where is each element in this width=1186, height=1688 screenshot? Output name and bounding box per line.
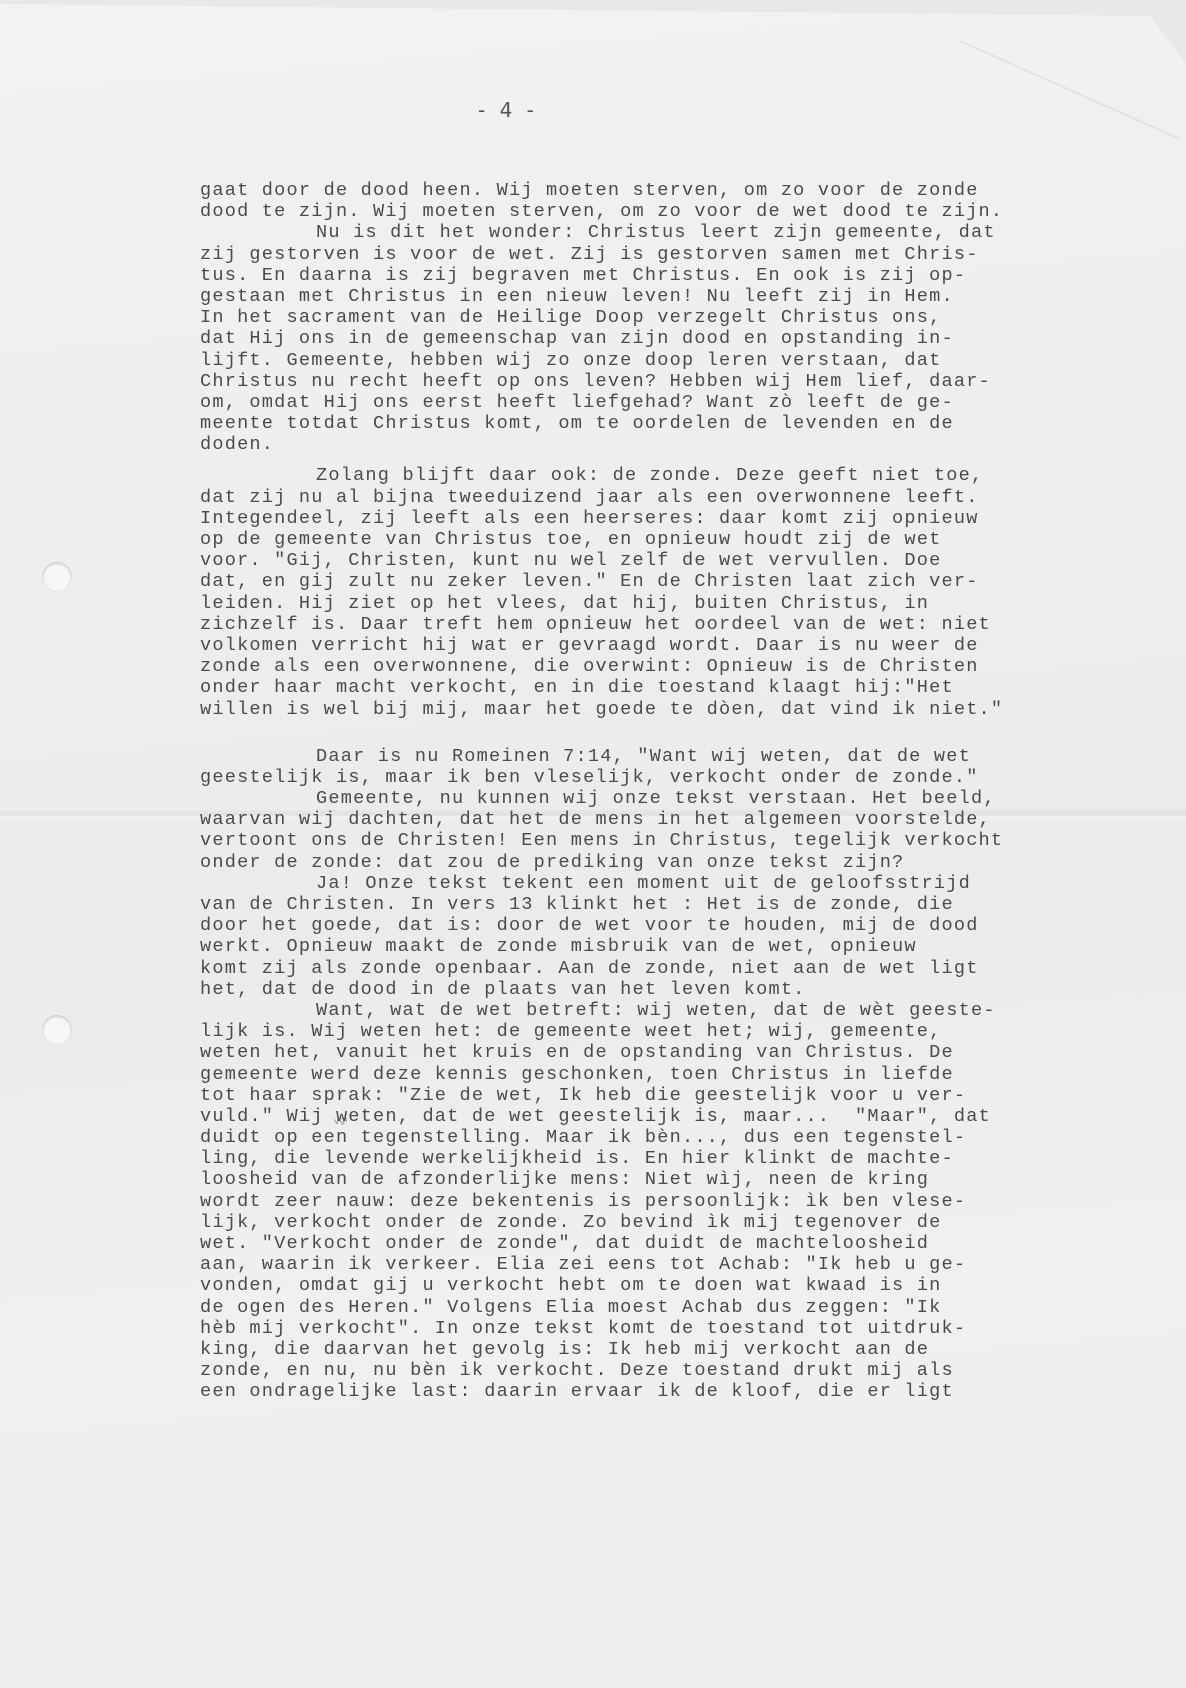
- document-body: gaat door de dood heen. Wij moeten sterv…: [200, 180, 1160, 1403]
- text-line: Want, wat de wet betreft: wij weten, dat…: [200, 1000, 1160, 1021]
- text-line: tus. En daarna is zij begraven met Chris…: [200, 265, 1160, 286]
- text-line: lijft. Gemeente, hebben wij zo onze doop…: [200, 350, 1160, 371]
- text-line: de ogen des Heren." Volgens Elia moest A…: [200, 1297, 1160, 1318]
- text-line: dat, en gij zult nu zeker leven." En de …: [200, 571, 1160, 592]
- text-line: Zolang blijft daar ook: de zonde. Deze g…: [200, 465, 1160, 486]
- text-line: onder de zonde: dat zou de prediking van…: [200, 852, 1160, 873]
- text-line: Ja! Onze tekst tekent een moment uit de …: [200, 873, 1160, 894]
- text-line: zij gestorven is voor de wet. Zij is ges…: [200, 244, 1160, 265]
- text-line: door het goede, dat is: door de wet voor…: [200, 915, 1160, 936]
- paragraph-5: Gemeente, nu kunnen wij onze tekst verst…: [200, 788, 1160, 873]
- text-line: aan, waarin ik verkeer. Elia zei eens to…: [200, 1254, 1160, 1275]
- text-line: volkomen verricht hij wat er gevraagd wo…: [200, 635, 1160, 656]
- paragraph-4: Daar is nu Romeinen 7:14, "Want wij wete…: [200, 746, 1160, 788]
- text-line: lijk is. Wij weten het: de gemeente weet…: [200, 1021, 1160, 1042]
- text-line: gestaan met Christus in een nieuw leven!…: [200, 286, 1160, 307]
- text-line: van de Christen. In vers 13 klinkt het :…: [200, 894, 1160, 915]
- text-line: waarvan wij dachten, dat het de mens in …: [200, 809, 1160, 830]
- text-line: Integendeel, zij leeft als een heerseres…: [200, 508, 1160, 529]
- text-line: geestelijk is, maar ik ben vleselijk, ve…: [200, 767, 1160, 788]
- text-line: ling, die levende werkelijkheid is. En h…: [200, 1148, 1160, 1169]
- text-line: dat zij nu al bijna tweeduizend jaar als…: [200, 487, 1160, 508]
- text-line: weten het, vanuit het kruis en de opstan…: [200, 1042, 1160, 1063]
- text-line: dood te zijn. Wij moeten sterven, om zo …: [200, 201, 1160, 222]
- punch-hole-bottom: [42, 1015, 72, 1045]
- text-line: Nu is dit het wonder: Christus leert zij…: [200, 222, 1160, 243]
- text-line: zichzelf is. Daar treft hem opnieuw het …: [200, 614, 1160, 635]
- paragraph-spacer: [200, 455, 1160, 465]
- text-line: Christus nu recht heeft op ons leven? He…: [200, 371, 1160, 392]
- paragraph-6: Ja! Onze tekst tekent een moment uit de …: [200, 873, 1160, 1000]
- text-line: vonden, omdat gij u verkocht hebt om te …: [200, 1275, 1160, 1296]
- text-line: om, omdat Hij ons eerst heeft liefgehad?…: [200, 392, 1160, 413]
- text-line: vuld." Wij weten, dat de wet geestelijk …: [200, 1106, 1160, 1127]
- text-line: gaat door de dood heen. Wij moeten sterv…: [200, 180, 1160, 201]
- text-line: komt zij als zonde openbaar. Aan de zond…: [200, 958, 1160, 979]
- text-line: wet. "Verkocht onder de zonde", dat duid…: [200, 1233, 1160, 1254]
- paragraph-3: Zolang blijft daar ook: de zonde. Deze g…: [200, 465, 1160, 719]
- paragraph-2: Nu is dit het wonder: Christus leert zij…: [200, 222, 1160, 455]
- text-line: Gemeente, nu kunnen wij onze tekst verst…: [200, 788, 1160, 809]
- page-number: - 4 -: [478, 98, 538, 122]
- text-line: zonde, en nu, nu bèn ik verkocht. Deze t…: [200, 1360, 1160, 1381]
- text-line: vertoont ons de Christen! Een mens in Ch…: [200, 830, 1160, 851]
- text-line: wordt zeer nauw: deze bekentenis is pers…: [200, 1191, 1160, 1212]
- punch-hole-top: [42, 562, 72, 592]
- text-line: meente totdat Christus komt, om te oorde…: [200, 413, 1160, 434]
- text-line: hèb mij verkocht". In onze tekst komt de…: [200, 1318, 1160, 1339]
- text-line: tot haar sprak: "Zie de wet, Ik heb die …: [200, 1085, 1160, 1106]
- text-line: onder haar macht verkocht, en in die toe…: [200, 677, 1160, 698]
- text-line: loosheid van de afzonderlijke mens: Niet…: [200, 1169, 1160, 1190]
- text-line: duidt op een tegenstelling. Maar ik bèn.…: [200, 1127, 1160, 1148]
- text-line: lijk, verkocht onder de zonde. Zo bevind…: [200, 1212, 1160, 1233]
- paragraph-spacer: [200, 720, 1160, 746]
- text-line: voor. "Gij, Christen, kunt nu wel zelf d…: [200, 550, 1160, 571]
- paragraph-7: Want, wat de wet betreft: wij weten, dat…: [200, 1000, 1160, 1403]
- text-line: In het sacrament van de Heilige Doop ver…: [200, 307, 1160, 328]
- text-line: willen is wel bij mij, maar het goede te…: [200, 699, 1160, 720]
- text-line: gemeente werd deze kennis geschonken, to…: [200, 1064, 1160, 1085]
- text-line: op de gemeente van Christus toe, en opni…: [200, 529, 1160, 550]
- text-line: Daar is nu Romeinen 7:14, "Want wij wete…: [200, 746, 1160, 767]
- text-line: een ondragelijke last: daarin ervaar ik …: [200, 1381, 1160, 1402]
- text-line: werkt. Opnieuw maakt de zonde misbruik v…: [200, 936, 1160, 957]
- text-line: dat Hij ons in de gemeenschap van zijn d…: [200, 328, 1160, 349]
- text-line: king, die daarvan het gevolg is: Ik heb …: [200, 1339, 1160, 1360]
- paragraph-1: gaat door de dood heen. Wij moeten sterv…: [200, 180, 1160, 222]
- text-line: zonde als een overwonnene, die overwint:…: [200, 656, 1160, 677]
- text-line: het, dat de dood in de plaats van het le…: [200, 979, 1160, 1000]
- text-line: leiden. Hij ziet op het vlees, dat hij, …: [200, 593, 1160, 614]
- text-line: doden.: [200, 434, 1160, 455]
